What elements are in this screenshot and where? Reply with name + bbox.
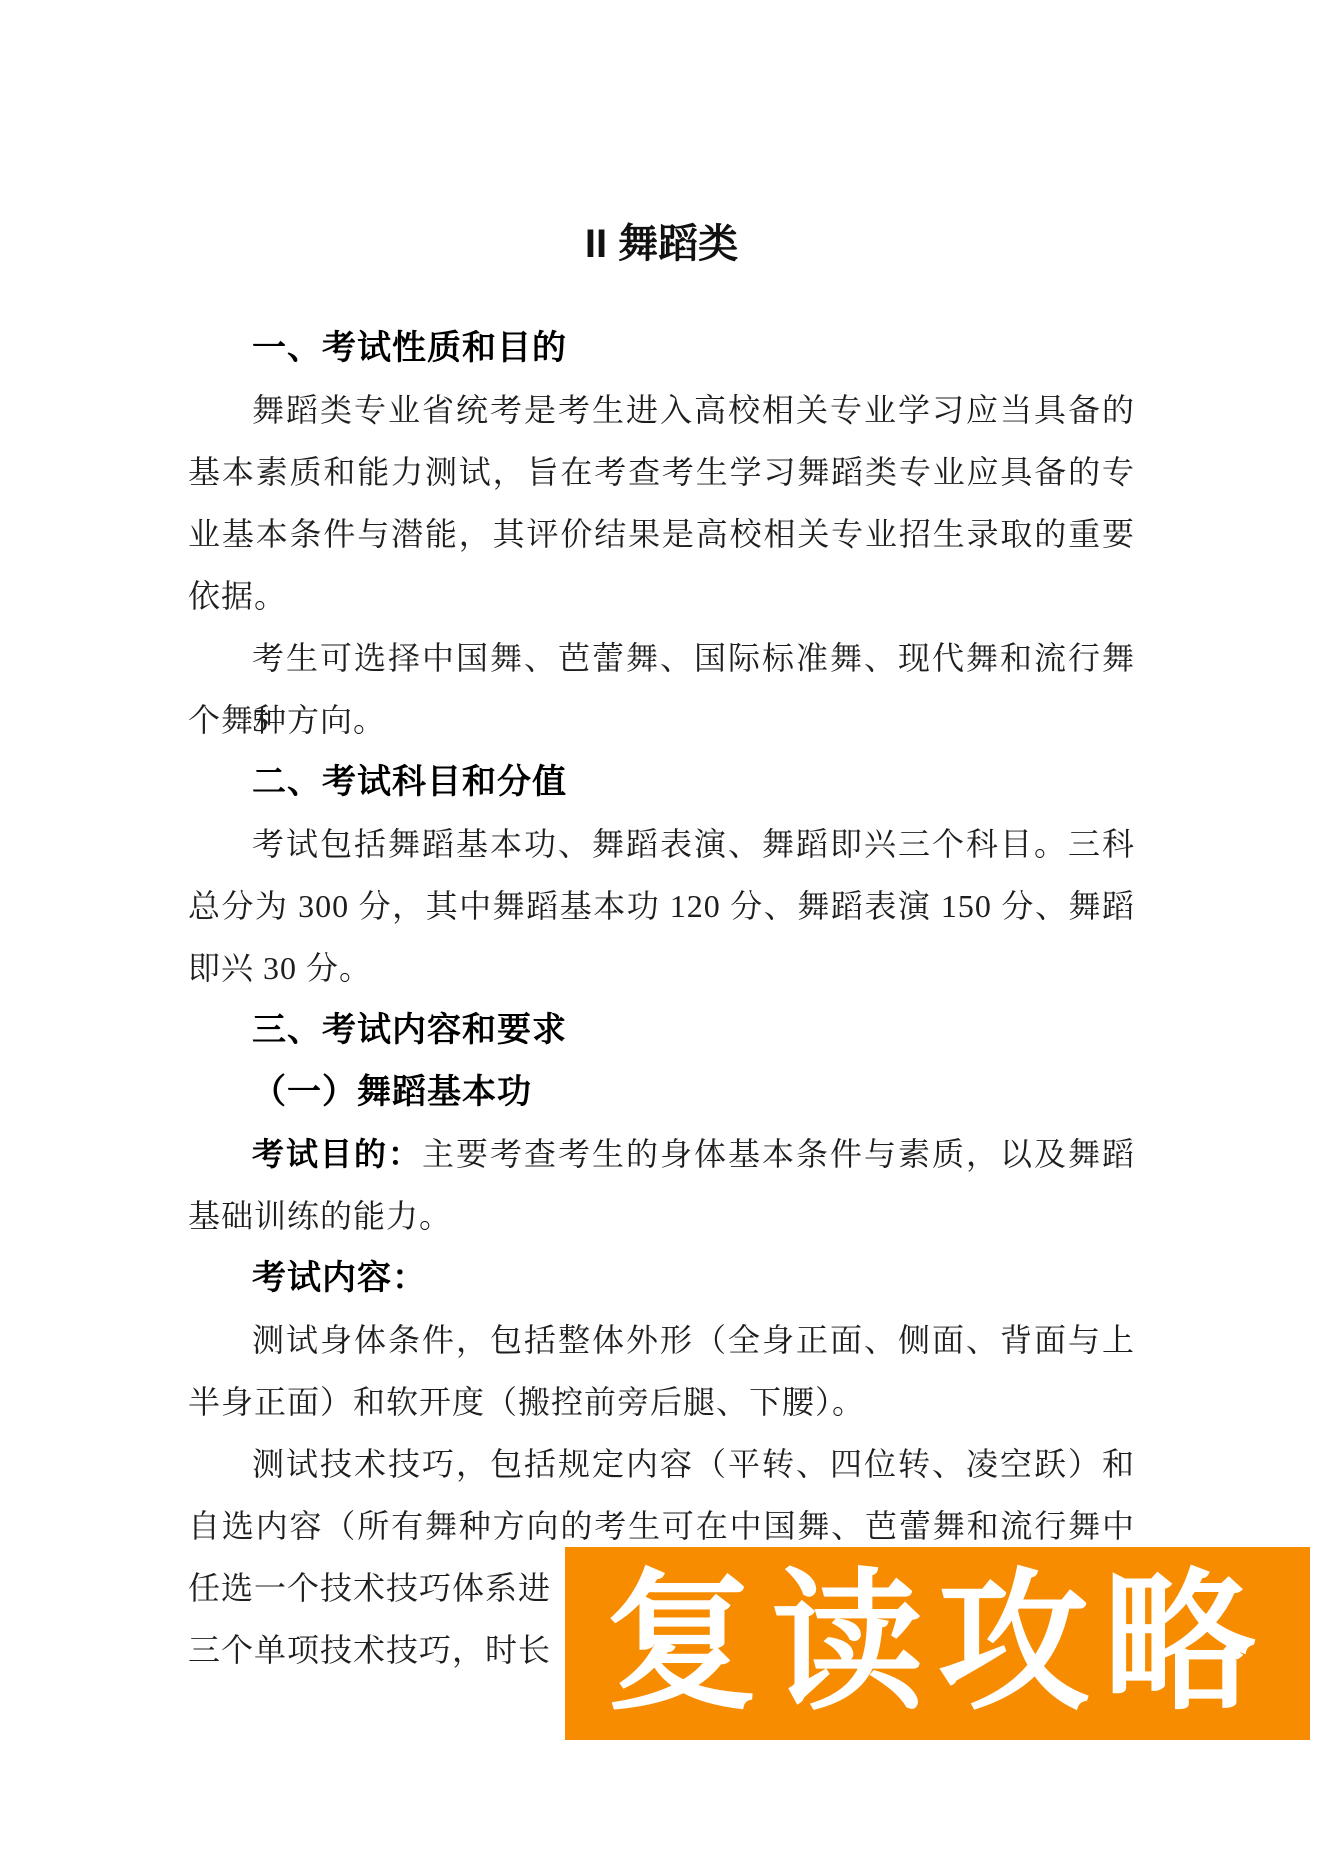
text-segment: 三、考试内容和要求 bbox=[252, 1011, 567, 1049]
heading-line: 二、考试科目和分值 bbox=[188, 751, 1135, 813]
text-line: 个舞种方向。 bbox=[188, 689, 1135, 751]
text-segment: （一）舞蹈基本功 bbox=[252, 1073, 532, 1111]
text-segment: 考试目的： bbox=[252, 1136, 422, 1172]
heading-line: 考试内容： bbox=[188, 1247, 1135, 1309]
document-content: II 舞蹈类 一、考试性质和目的舞蹈类专业省统考是考生进入高校相关专业学习应当具… bbox=[188, 0, 1135, 1681]
text-line: 半身正面）和软开度（搬控前旁后腿、下腰）。 bbox=[188, 1371, 1135, 1433]
text-segment: 考试包括舞蹈基本功、舞蹈表演、舞蹈即兴三个科目。三科 bbox=[252, 826, 1135, 862]
heading-line: 三、考试内容和要求 bbox=[188, 999, 1135, 1061]
text-segment: 总分为 300 分，其中舞蹈基本功 120 分、舞蹈表演 150 分、舞蹈 bbox=[188, 888, 1135, 924]
document-body: 一、考试性质和目的舞蹈类专业省统考是考生进入高校相关专业学习应当具备的基本素质和… bbox=[188, 317, 1135, 1681]
text-line: 业基本条件与潜能，其评价结果是高校相关专业招生录取的重要 bbox=[188, 503, 1135, 565]
promo-banner: 复读攻略 bbox=[565, 1547, 1310, 1740]
text-segment: 测试技术技巧，包括规定内容（平转、四位转、凌空跃）和 bbox=[252, 1446, 1135, 1482]
text-line: 考试包括舞蹈基本功、舞蹈表演、舞蹈即兴三个科目。三科 bbox=[188, 813, 1135, 875]
text-segment: 个舞种方向。 bbox=[188, 702, 386, 738]
text-segment: 一、考试性质和目的 bbox=[252, 329, 567, 367]
text-segment: 二、考试科目和分值 bbox=[252, 763, 567, 801]
text-line: 基本素质和能力测试，旨在考查考生学习舞蹈类专业应具备的专 bbox=[188, 441, 1135, 503]
text-segment: 主要考查考生的身体基本条件与素质，以及舞蹈 bbox=[422, 1136, 1135, 1172]
text-line: 测试技术技巧，包括规定内容（平转、四位转、凌空跃）和 bbox=[188, 1433, 1135, 1495]
document-page: II 舞蹈类 一、考试性质和目的舞蹈类专业省统考是考生进入高校相关专业学习应当具… bbox=[0, 0, 1323, 1871]
text-line: 总分为 300 分，其中舞蹈基本功 120 分、舞蹈表演 150 分、舞蹈 bbox=[188, 875, 1135, 937]
text-segment: 考试内容： bbox=[252, 1259, 427, 1297]
text-line: 测试身体条件，包括整体外形（全身正面、侧面、背面与上 bbox=[188, 1309, 1135, 1371]
text-segment: 半身正面）和软开度（搬控前旁后腿、下腰）。 bbox=[188, 1384, 865, 1420]
text-line: 考生可选择中国舞、芭蕾舞、国际标准舞、现代舞和流行舞 5 bbox=[188, 627, 1135, 689]
text-segment: 自选内容（所有舞种方向的考生可在中国舞、芭蕾舞和流行舞中 bbox=[188, 1508, 1135, 1544]
text-segment: 基础训练的能力。 bbox=[188, 1198, 452, 1234]
text-segment: 基本素质和能力测试，旨在考查考生学习舞蹈类专业应具备的专 bbox=[188, 454, 1135, 490]
text-line: 依据。 bbox=[188, 565, 1135, 627]
text-segment: 业基本条件与潜能，其评价结果是高校相关专业招生录取的重要 bbox=[188, 516, 1135, 552]
text-line: 考试目的：主要考查考生的身体基本条件与素质，以及舞蹈 bbox=[188, 1123, 1135, 1185]
text-segment: 测试身体条件，包括整体外形（全身正面、侧面、背面与上 bbox=[252, 1322, 1135, 1358]
document-title: II 舞蹈类 bbox=[188, 0, 1135, 272]
heading-line: 一、考试性质和目的 bbox=[188, 317, 1135, 379]
promo-banner-text: 复读攻略 bbox=[606, 1547, 1270, 1740]
text-line: 基础训练的能力。 bbox=[188, 1185, 1135, 1247]
text-line: 即兴 30 分。 bbox=[188, 937, 1135, 999]
text-line: 舞蹈类专业省统考是考生进入高校相关专业学习应当具备的 bbox=[188, 379, 1135, 441]
text-segment: 三个单项技术技巧，时长 bbox=[188, 1632, 551, 1668]
heading-line: （一）舞蹈基本功 bbox=[188, 1061, 1135, 1123]
text-segment: 即兴 30 分。 bbox=[188, 950, 372, 986]
text-segment: 任选一个技术技巧体系进 bbox=[188, 1570, 551, 1606]
text-segment: 依据。 bbox=[188, 578, 287, 614]
text-segment: 舞蹈类专业省统考是考生进入高校相关专业学习应当具备的 bbox=[252, 392, 1135, 428]
